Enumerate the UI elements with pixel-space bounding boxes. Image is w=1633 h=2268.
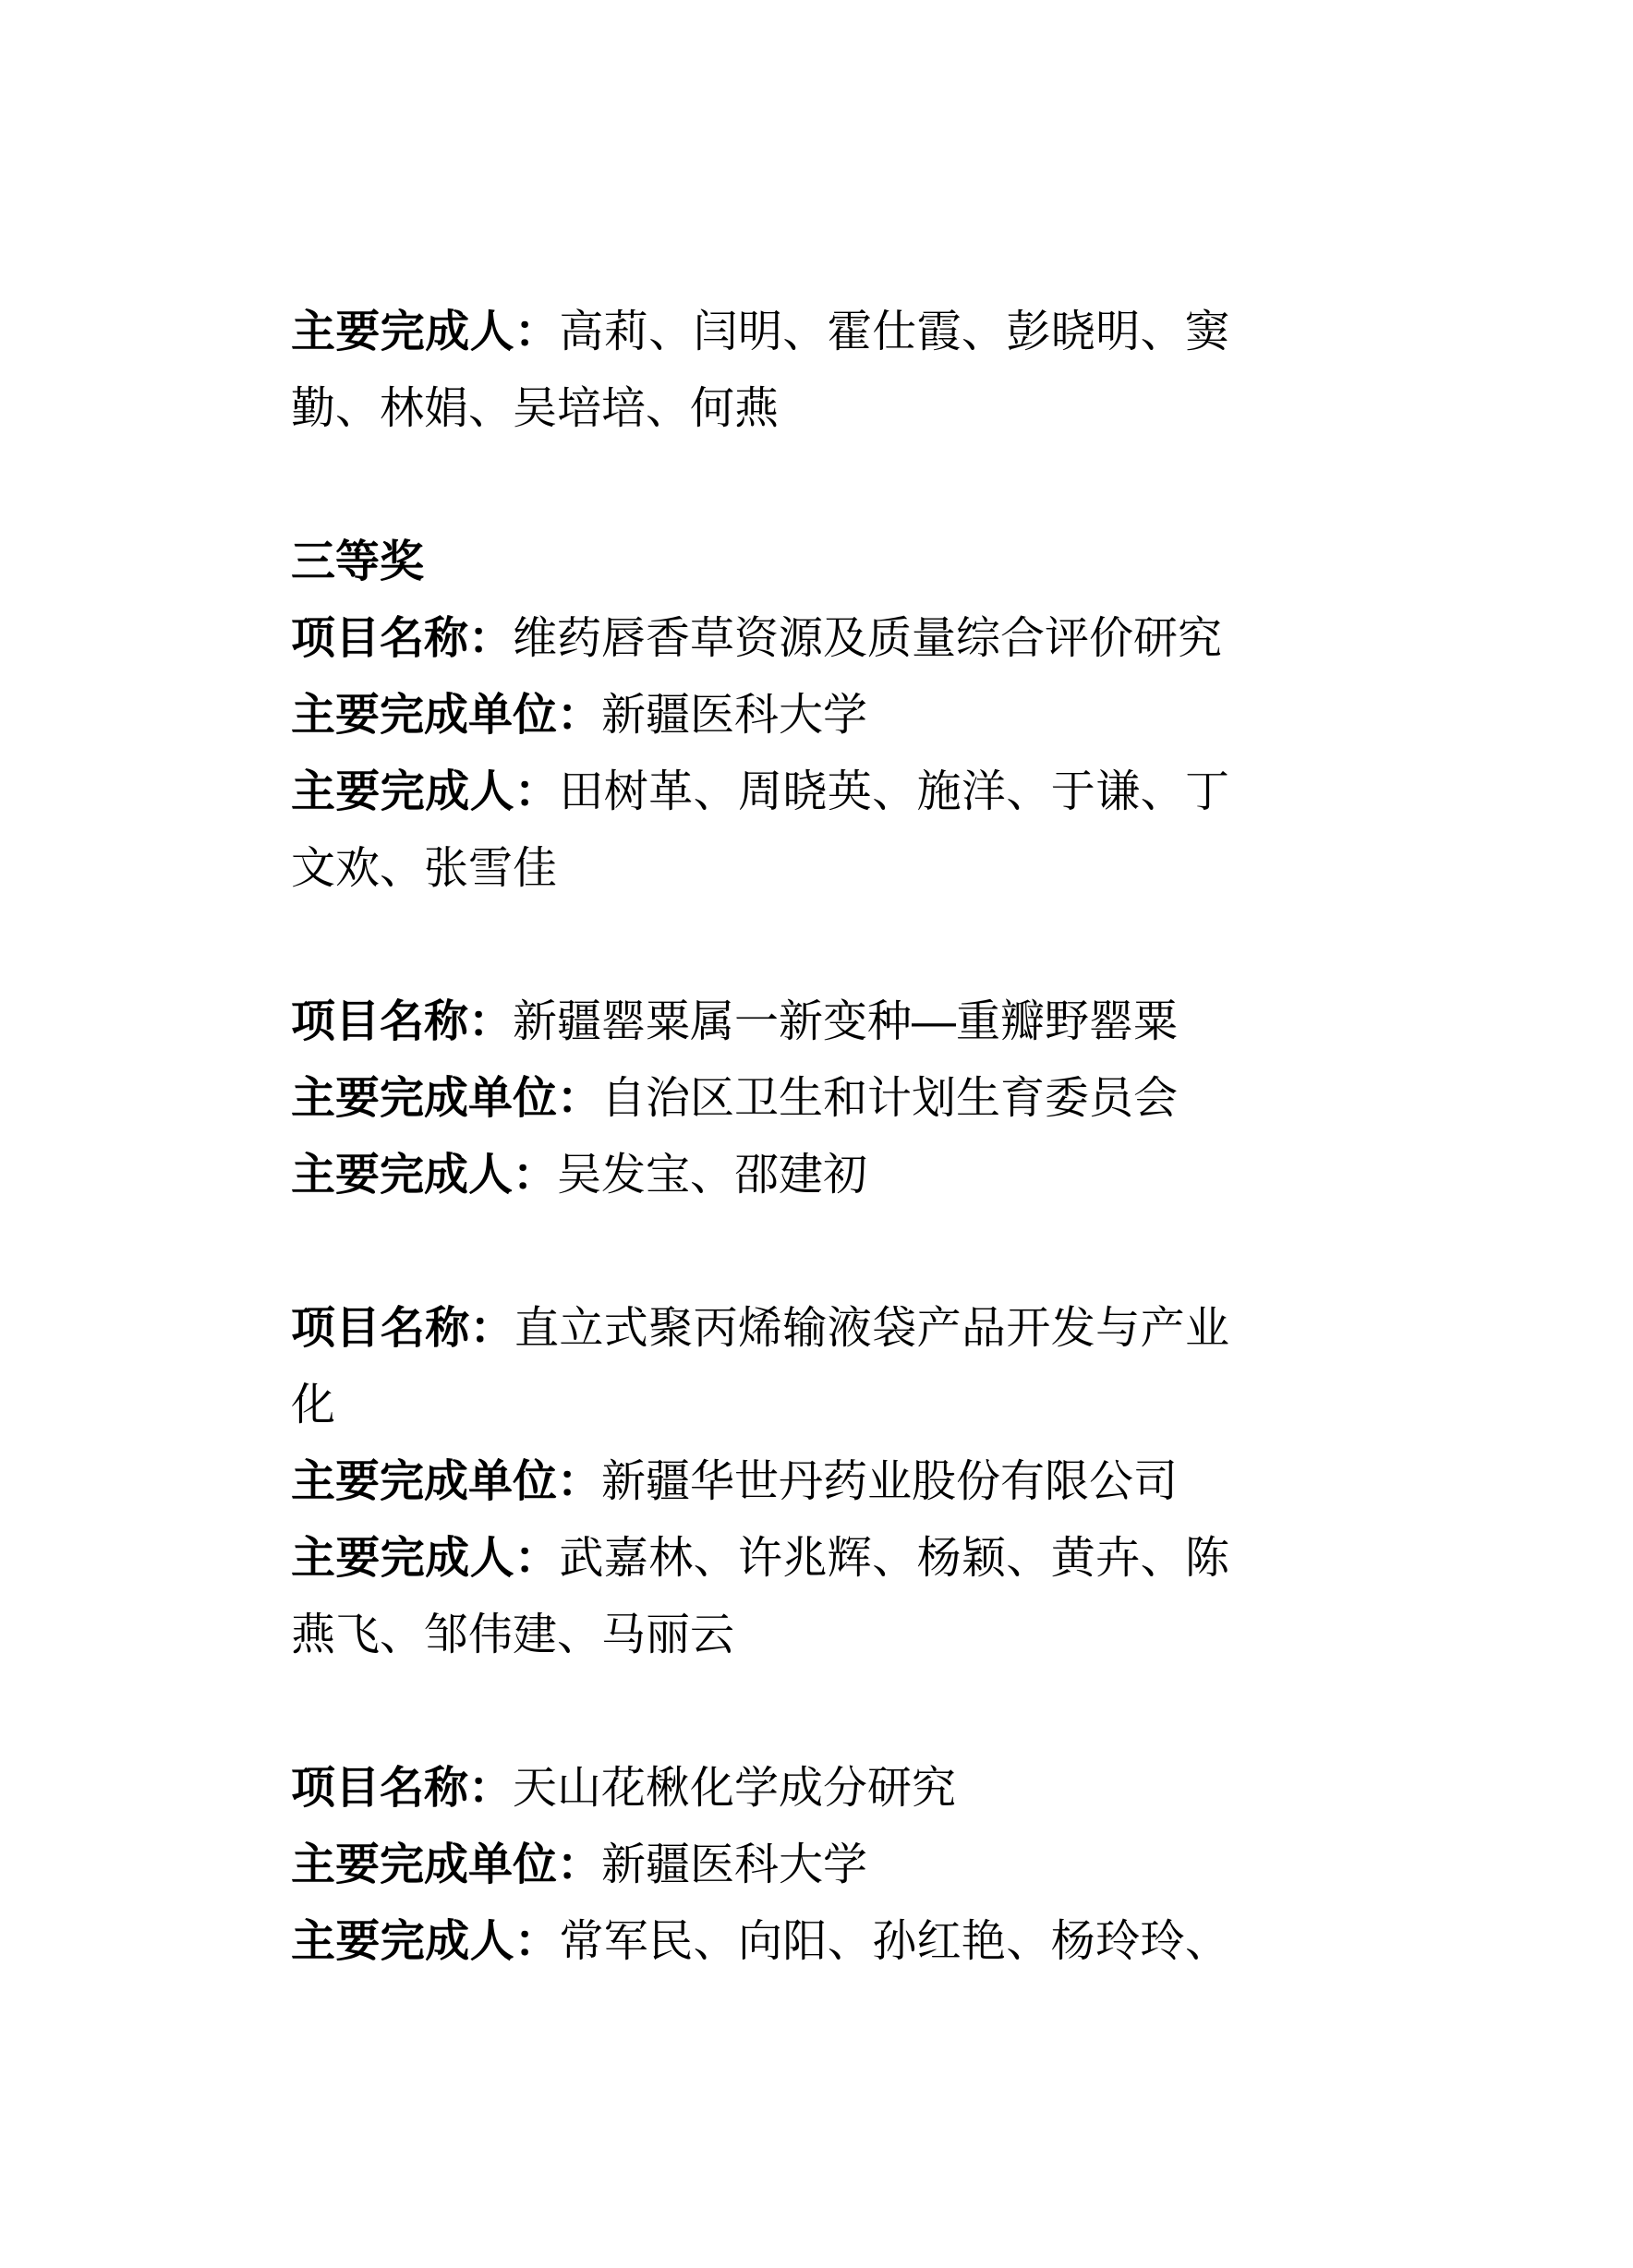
document-line: 主要完成人：高莉、闫明、霍仕霞、彭晓明、窦 <box>291 294 1229 370</box>
line-label: 主要完成人： <box>291 1151 557 1200</box>
line-text: 直立式聚丙烯输液袋产品开发与产业 <box>514 1304 1229 1353</box>
document-line: 项目名称：天山花楸化学成分研究 <box>291 1750 1229 1827</box>
document-line: 燕飞、邹伟建、马丽云 <box>291 1597 1229 1673</box>
line-label: 主要完成人： <box>291 1534 559 1583</box>
line-text: 维药唇香草资源及质量综合评价研究 <box>513 614 1222 663</box>
line-text: 常军民、向阳、孙红艳、杨玲玲、 <box>559 1917 1229 1966</box>
document-line <box>291 447 1229 524</box>
document-line: 三等奖 <box>291 524 1229 600</box>
line-label: 三等奖 <box>291 537 424 586</box>
line-label: 主要完成单位： <box>291 691 601 740</box>
document-line <box>291 907 1229 983</box>
document-text-block: 主要完成人：高莉、闫明、霍仕霞、彭晓明、窦勤、林娟、吴培培、何燕三等奖项目名称：… <box>291 294 1229 1980</box>
line-text: 化 <box>291 1381 335 1430</box>
line-label: 项目名称： <box>291 997 513 1046</box>
line-label: 主要完成人： <box>291 1917 559 1966</box>
document-line: 主要完成单位：自治区卫生和计划生育委员会 <box>291 1060 1229 1137</box>
document-line: 化 <box>291 1367 1229 1443</box>
line-label: 主要完成人： <box>291 767 559 816</box>
line-text: 新疆罂粟属一新变种—重瓣野罂粟 <box>513 997 1178 1046</box>
document-line: 项目名称：新疆罂粟属一新变种—重瓣野罂粟 <box>291 983 1229 1060</box>
line-text: 文欢、张雪佳 <box>291 844 557 893</box>
document-line <box>291 1213 1229 1290</box>
line-label: 主要完成单位： <box>291 1840 601 1889</box>
document-line: 文欢、张雪佳 <box>291 830 1229 907</box>
line-label: 项目名称： <box>291 1764 513 1813</box>
line-text: 吴发宝、邵建初 <box>557 1151 867 1200</box>
document-line: 主要完成单位：新疆医科大学 <box>291 677 1229 754</box>
line-label: 主要完成人： <box>291 308 559 356</box>
line-text: 勤、林娟、吴培培、何燕 <box>291 384 779 433</box>
document-line: 主要完成单位：新疆医科大学 <box>291 1827 1229 1903</box>
document-line: 主要完成人：吴发宝、邵建初 <box>291 1137 1229 1213</box>
document-line: 勤、林娟、吴培培、何燕 <box>291 370 1229 447</box>
line-text: 新疆医科大学 <box>601 1840 867 1889</box>
line-label: 项目名称： <box>291 614 513 663</box>
line-label: 主要完成单位： <box>291 1457 601 1506</box>
document-line: 主要完成单位：新疆华世丹药业股份有限公司 <box>291 1443 1229 1520</box>
line-text: 天山花楸化学成分研究 <box>513 1764 956 1813</box>
document-line: 主要完成人：常军民、向阳、孙红艳、杨玲玲、 <box>291 1903 1229 1980</box>
document-line <box>291 1673 1229 1750</box>
line-text: 高莉、闫明、霍仕霞、彭晓明、窦 <box>559 308 1229 356</box>
line-text: 新疆医科大学 <box>601 691 867 740</box>
document-line: 主要完成人：田树革、周晓英、施洋、于谦、丁 <box>291 754 1229 830</box>
line-text: 武嘉林、许兆辉、杨颖、黄卉、陈 <box>559 1534 1229 1583</box>
document-line: 项目名称：直立式聚丙烯输液袋产品开发与产业 <box>291 1290 1229 1367</box>
document-page: 主要完成人：高莉、闫明、霍仕霞、彭晓明、窦勤、林娟、吴培培、何燕三等奖项目名称：… <box>0 0 1633 2268</box>
document-line: 主要完成人：武嘉林、许兆辉、杨颖、黄卉、陈 <box>291 1520 1229 1597</box>
line-label: 主要完成单位： <box>291 1074 601 1123</box>
line-text: 新疆华世丹药业股份有限公司 <box>601 1457 1178 1506</box>
line-text: 燕飞、邹伟建、马丽云 <box>291 1611 734 1659</box>
document-line: 项目名称：维药唇香草资源及质量综合评价研究 <box>291 600 1229 677</box>
line-text: 自治区卫生和计划生育委员会 <box>601 1074 1178 1123</box>
line-text: 田树革、周晓英、施洋、于谦、丁 <box>559 767 1229 816</box>
line-label: 项目名称： <box>291 1304 514 1353</box>
